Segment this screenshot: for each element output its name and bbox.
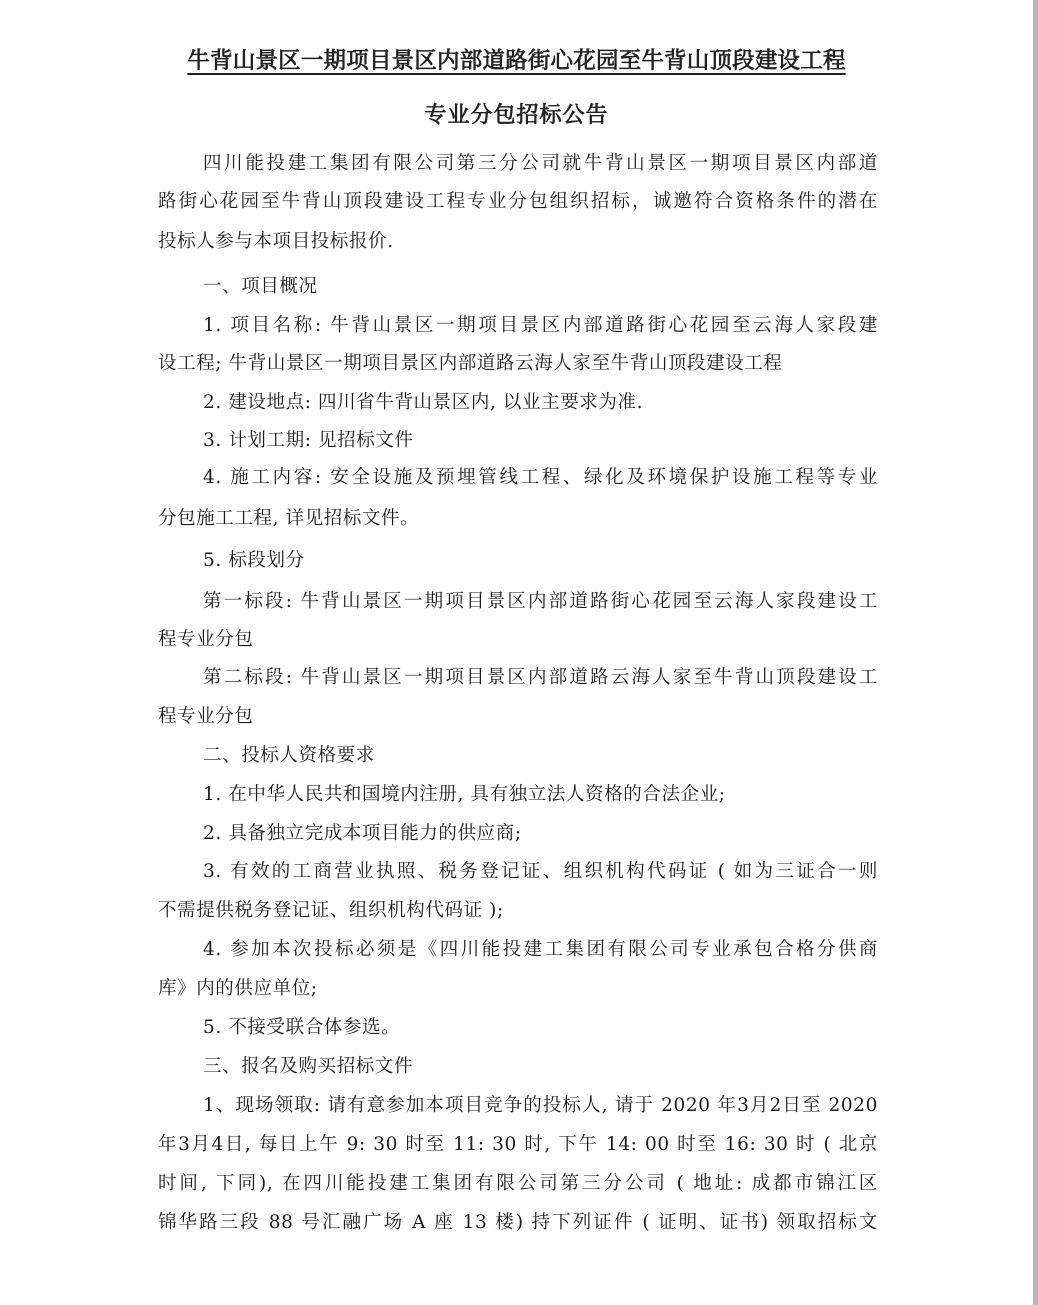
document-title-line-1: 牛背山景区一期项目景区内部道路街心花园至牛背山顶段建设工程 — [0, 43, 1033, 75]
section-heading-overview: 一、项目概况 — [203, 275, 318, 299]
document-page: 牛背山景区一期项目景区内部道路街心花园至牛背山顶段建设工程 专业分包招标公告 四… — [0, 0, 1033, 1305]
project-name-line: 1. 项目名称: 牛背山景区一期项目景区内部道路街心花园至云海人家段建 — [203, 314, 878, 338]
qualification-item: 2. 具备独立完成本项目能力的供应商; — [203, 822, 522, 846]
qualification-item: 5. 不接受联合体参选。 — [203, 1016, 400, 1040]
construction-content-line: 分包施工工程, 详见招标文件。 — [158, 507, 419, 531]
registration-line: 锦华路三段 88 号汇融广场 A 座 13 楼) 持下列证件 ( 证明、证书) … — [158, 1211, 878, 1235]
intro-line: 投标人参与本项目投标报价. — [158, 230, 394, 254]
project-name-line: 设工程; 牛背山景区一期项目景区内部道路云海人家至牛背山顶段建设工程 — [158, 352, 783, 376]
intro-line: 四川能投建工集团有限公司第三分公司就牛背山景区一期项目景区内部道 — [203, 152, 878, 176]
lot-2-line: 第二标段: 牛背山景区一期项目景区内部道路云海人家至牛背山顶段建设工 — [203, 666, 878, 690]
registration-line: 年3月4日, 每日上午 9: 30 时至 11: 30 时, 下午 14: 00… — [158, 1133, 878, 1157]
intro-line: 路街心花园至牛背山顶段建设工程专业分包组织招标，诚邀符合资格条件的潜在 — [158, 190, 878, 214]
construction-content-line: 4. 施工内容: 安全设施及预埋管线工程、绿化及环境保护设施工程等专业 — [203, 466, 878, 490]
section-heading-qualifications: 二、投标人资格要求 — [203, 744, 375, 768]
construction-location: 2. 建设地点: 四川省牛背山景区内, 以业主要求为准. — [203, 391, 643, 415]
section-heading-registration: 三、报名及购买招标文件 — [203, 1055, 413, 1079]
title-text-underlined: 牛背山景区一期项目景区内部道路街心花园至牛背山顶段建设工程 — [187, 48, 845, 74]
lot-division-heading: 5. 标段划分 — [203, 549, 305, 573]
qualification-item: 不需提供税务登记证、组织机构代码证 ); — [158, 899, 504, 923]
lot-1-line: 第一标段: 牛背山景区一期项目景区内部道路街心花园至云海人家段建设工 — [203, 590, 878, 614]
qualification-item: 3. 有效的工商营业执照、税务登记证、组织机构代码证 ( 如为三证合一则 — [203, 860, 878, 884]
lot-1-line: 程专业分包 — [158, 628, 254, 652]
document-title-line-2: 专业分包招标公告 — [0, 98, 1033, 129]
registration-line: 时间, 下同), 在四川能投建工集团有限公司第三分公司 ( 地址: 成都市锦江区 — [158, 1172, 878, 1196]
qualification-item: 1. 在中华人民共和国境内注册, 具有独立法人资格的合法企业; — [203, 783, 726, 807]
qualification-item: 库》内的供应单位; — [158, 977, 318, 1001]
vertical-scrollbar[interactable] — [1033, 0, 1038, 1305]
planned-schedule: 3. 计划工期: 见招标文件 — [203, 429, 414, 453]
registration-line: 1、现场领取: 请有意参加本项目竞争的投标人, 请于 2020 年3月2日至 2… — [203, 1094, 878, 1118]
qualification-item: 4. 参加本次投标必须是《四川能投建工集团有限公司专业承包合格分供商 — [203, 938, 878, 962]
lot-2-line: 程专业分包 — [158, 705, 254, 729]
